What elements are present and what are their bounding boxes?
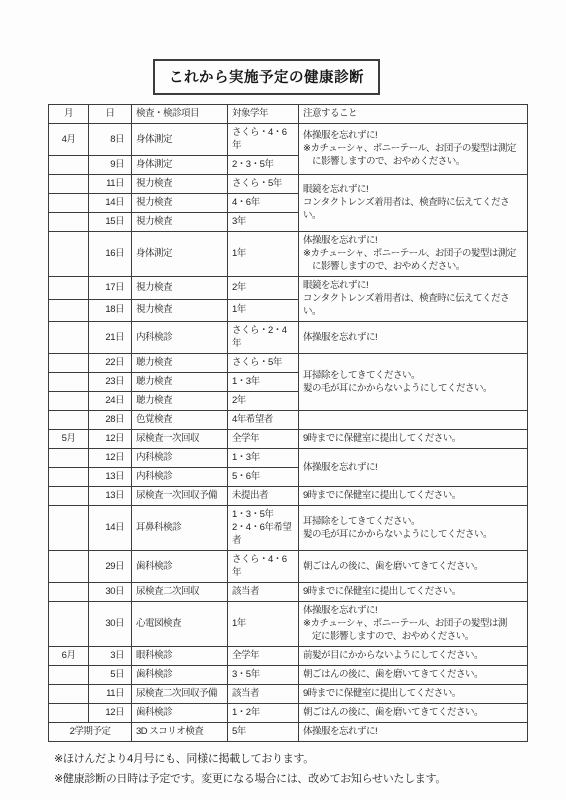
cell-item: 3D スコリオ検査	[132, 723, 228, 742]
cell-note: 9時までに保健室に提出してください。	[299, 487, 528, 506]
cell-month	[49, 392, 89, 411]
table-row: 28日色覚検査4年希望者	[49, 411, 528, 430]
cell-item: 尿検査二次回収	[132, 583, 228, 602]
cell-item: 眼科検診	[132, 647, 228, 666]
cell-day: 15日	[89, 213, 132, 232]
cell-grade: 1・3・5年 2・4・6年希望者	[228, 506, 299, 551]
cell-item: 聴力検査	[132, 354, 228, 373]
cell-note: 前髪が目にかからないようにしてください。	[299, 647, 528, 666]
cell-grade: 該当者	[228, 583, 299, 602]
cell-grade: さくら・5年	[228, 175, 299, 194]
cell-day: 14日	[89, 194, 132, 213]
cell-grade: 2年	[228, 277, 299, 300]
cell-month	[49, 175, 89, 194]
cell-note: 体操服を忘れずに! ※カチューシャ、ポニーテール、お団子の髪型は測 定に影響しま…	[299, 602, 528, 647]
cell-grade: 1・2年	[228, 704, 299, 723]
cell-month: 6月	[49, 647, 89, 666]
cell-month	[49, 704, 89, 723]
cell-item: 尿検査一次回収	[132, 430, 228, 449]
cell-item: 視力検査	[132, 299, 228, 322]
cell-day: 9日	[89, 156, 132, 175]
cell-grade: 2年	[228, 392, 299, 411]
cell-month	[49, 487, 89, 506]
cell-item: 心電図検査	[132, 602, 228, 647]
cell-grade: 1年	[228, 602, 299, 647]
cell-month	[49, 156, 89, 175]
cell-month	[49, 213, 89, 232]
cell-grade: さくら・5年	[228, 354, 299, 373]
cell-item: 視力検査	[132, 213, 228, 232]
cell-item: 色覚検査	[132, 411, 228, 430]
cell-item: 尿検査二次回収予備	[132, 685, 228, 704]
cell-month	[49, 373, 89, 392]
cell-day: 21日	[89, 322, 132, 354]
table-row: 16日身体測定1年体操服を忘れずに! ※カチューシャ、ポニーテール、お団子の髪型…	[49, 232, 528, 277]
table-row: 14日耳鼻科検診1・3・5年 2・4・6年希望者耳掃除をしてきてください。 髪の…	[49, 506, 528, 551]
cell-month	[49, 551, 89, 583]
cell-grade: 1年	[228, 299, 299, 322]
cell-day: 24日	[89, 392, 132, 411]
cell-grade: さくら・4・6年	[228, 551, 299, 583]
cell-item: 内科検診	[132, 468, 228, 487]
cell-grade: 全学年	[228, 430, 299, 449]
cell-note: 体操服を忘れずに! ※カチューシャ、ポニーテール、お団子の髪型は測定 に影響しま…	[299, 124, 528, 175]
cell-term: 2学期予定	[49, 723, 132, 742]
table-row: 4月8日身体測定さくら・4・6年体操服を忘れずに! ※カチューシャ、ポニーテール…	[49, 124, 528, 156]
cell-note: 朝ごはんの後に、歯を磨いてきてください。	[299, 551, 528, 583]
cell-item: 歯科検診	[132, 704, 228, 723]
cell-day: 30日	[89, 583, 132, 602]
cell-grade: 5・6年	[228, 468, 299, 487]
cell-note: 体操服を忘れずに!	[299, 449, 528, 487]
cell-day: 13日	[89, 487, 132, 506]
cell-month: 4月	[49, 124, 89, 156]
cell-day: 12日	[89, 449, 132, 468]
cell-month	[49, 277, 89, 300]
table-row: 12日歯科検診1・2年朝ごはんの後に、歯を磨いてきてください。	[49, 704, 528, 723]
document-page: これから実施予定の健康診断 月 日 検査・検診項目 対象学年 注意すること 4月…	[0, 0, 566, 800]
footnote-line-1: ※ほけんだより4月号にも、同様に掲載しております。	[54, 749, 566, 769]
cell-day: 12日	[89, 430, 132, 449]
table-row: 11日視力検査さくら・5年眼鏡を忘れずに! コンタクトレンズ着用者は、検査時に伝…	[49, 175, 528, 194]
cell-grade: 4年希望者	[228, 411, 299, 430]
cell-day: 5日	[89, 666, 132, 685]
cell-item: 内科検診	[132, 322, 228, 354]
cell-day: 16日	[89, 232, 132, 277]
col-header-grade: 対象学年	[228, 105, 299, 124]
cell-grade: 1・3年	[228, 449, 299, 468]
cell-month	[49, 449, 89, 468]
cell-note: 9時までに保健室に提出してください。	[299, 583, 528, 602]
cell-day: 3日	[89, 647, 132, 666]
page-title: これから実施予定の健康診断	[153, 59, 380, 95]
cell-day: 22日	[89, 354, 132, 373]
cell-grade: 2・3・5年	[228, 156, 299, 175]
col-header-note: 注意すること	[299, 105, 528, 124]
cell-month	[49, 194, 89, 213]
schedule-table-body: 4月8日身体測定さくら・4・6年体操服を忘れずに! ※カチューシャ、ポニーテール…	[49, 124, 528, 742]
col-header-day: 日	[89, 105, 132, 124]
table-row: 5日歯科検診3・5年朝ごはんの後に、歯を磨いてきてください。	[49, 666, 528, 685]
cell-grade: 3年	[228, 213, 299, 232]
cell-item: 視力検査	[132, 175, 228, 194]
cell-month	[49, 411, 89, 430]
cell-note: 9時までに保健室に提出してください。	[299, 430, 528, 449]
table-row: 22日聴力検査さくら・5年耳掃除をしてきてください。 髪の毛が耳にかからないよう…	[49, 354, 528, 373]
cell-note: 眼鏡を忘れずに! コンタクトレンズ着用者は、検査時に伝えてください。	[299, 175, 528, 232]
cell-grade: 該当者	[228, 685, 299, 704]
table-row: 2学期予定3D スコリオ検査5年体操服を忘れずに!	[49, 723, 528, 742]
cell-item: 聴力検査	[132, 392, 228, 411]
table-row: 5月12日尿検査一次回収全学年9時までに保健室に提出してください。	[49, 430, 528, 449]
cell-item: 聴力検査	[132, 373, 228, 392]
cell-grade: 未提出者	[228, 487, 299, 506]
cell-item: 歯科検診	[132, 666, 228, 685]
cell-note: 朝ごはんの後に、歯を磨いてきてください。	[299, 704, 528, 723]
cell-month	[49, 322, 89, 354]
cell-day: 11日	[89, 175, 132, 194]
table-row: 13日尿検査一次回収予備未提出者9時までに保健室に提出してください。	[49, 487, 528, 506]
table-row: 29日歯科検診さくら・4・6年朝ごはんの後に、歯を磨いてきてください。	[49, 551, 528, 583]
cell-grade: さくら・4・6年	[228, 124, 299, 156]
table-row: 12日内科検診1・3年体操服を忘れずに!	[49, 449, 528, 468]
cell-grade: さくら・2・4年	[228, 322, 299, 354]
cell-grade: 4・6年	[228, 194, 299, 213]
cell-day: 13日	[89, 468, 132, 487]
cell-day: 18日	[89, 299, 132, 322]
cell-day: 12日	[89, 704, 132, 723]
cell-note: 体操服を忘れずに!	[299, 322, 528, 354]
cell-day: 17日	[89, 277, 132, 300]
cell-month	[49, 468, 89, 487]
cell-day: 11日	[89, 685, 132, 704]
cell-grade: 5年	[228, 723, 299, 742]
cell-note: 眼鏡を忘れずに! コンタクトレンズ着用者は、検査時に伝えてください。	[299, 277, 528, 322]
cell-item: 身体測定	[132, 124, 228, 156]
cell-month	[49, 506, 89, 551]
table-row: 30日心電図検査1年体操服を忘れずに! ※カチューシャ、ポニーテール、お団子の髪…	[49, 602, 528, 647]
table-row: 6月3日眼科検診全学年前髪が目にかからないようにしてください。	[49, 647, 528, 666]
cell-month	[49, 685, 89, 704]
cell-item: 視力検査	[132, 194, 228, 213]
cell-month	[49, 232, 89, 277]
cell-grade: 3・5年	[228, 666, 299, 685]
cell-day: 8日	[89, 124, 132, 156]
cell-month: 5月	[49, 430, 89, 449]
cell-month	[49, 354, 89, 373]
cell-month	[49, 602, 89, 647]
cell-item: 内科検診	[132, 449, 228, 468]
table-row: 17日視力検査2年眼鏡を忘れずに! コンタクトレンズ着用者は、検査時に伝えてくだ…	[49, 277, 528, 300]
cell-note: 耳掃除をしてきてください。 髪の毛が耳にかからないようにしてください。	[299, 506, 528, 551]
cell-month	[49, 299, 89, 322]
table-header-row: 月 日 検査・検診項目 対象学年 注意すること	[49, 105, 528, 124]
col-header-month: 月	[49, 105, 89, 124]
cell-note: 体操服を忘れずに! ※カチューシャ、ポニーテール、お団子の髪型は測定 に影響しま…	[299, 232, 528, 277]
cell-day: 14日	[89, 506, 132, 551]
cell-day: 30日	[89, 602, 132, 647]
schedule-table: 月 日 検査・検診項目 対象学年 注意すること 4月8日身体測定さくら・4・6年…	[48, 104, 528, 742]
cell-note: 耳掃除をしてきてください。 髪の毛が耳にかからないようにしてください。	[299, 354, 528, 411]
cell-month	[49, 666, 89, 685]
cell-day: 29日	[89, 551, 132, 583]
cell-item: 尿検査一次回収予備	[132, 487, 228, 506]
footnote-line-2: ※健康診断の日時は予定です。変更になる場合には、改めてお知らせいたします。	[54, 769, 566, 789]
cell-day: 23日	[89, 373, 132, 392]
cell-item: 視力検査	[132, 277, 228, 300]
cell-note: 9時までに保健室に提出してください。	[299, 685, 528, 704]
cell-grade: 全学年	[228, 647, 299, 666]
table-row: 30日尿検査二次回収該当者9時までに保健室に提出してください。	[49, 583, 528, 602]
col-header-item: 検査・検診項目	[132, 105, 228, 124]
cell-item: 歯科検診	[132, 551, 228, 583]
cell-note	[299, 411, 528, 430]
footnotes: ※ほけんだより4月号にも、同様に掲載しております。 ※健康診断の日時は予定です。…	[54, 749, 566, 789]
cell-grade: 1年	[228, 232, 299, 277]
table-row: 11日尿検査二次回収予備該当者9時までに保健室に提出してください。	[49, 685, 528, 704]
cell-item: 耳鼻科検診	[132, 506, 228, 551]
title-area: これから実施予定の健康診断	[0, 0, 566, 95]
cell-day: 28日	[89, 411, 132, 430]
cell-item: 身体測定	[132, 232, 228, 277]
cell-note: 朝ごはんの後に、歯を磨いてきてください。	[299, 666, 528, 685]
table-row: 21日内科検診さくら・2・4年体操服を忘れずに!	[49, 322, 528, 354]
cell-grade: 1・3年	[228, 373, 299, 392]
cell-item: 身体測定	[132, 156, 228, 175]
cell-month	[49, 583, 89, 602]
cell-note: 体操服を忘れずに!	[299, 723, 528, 742]
